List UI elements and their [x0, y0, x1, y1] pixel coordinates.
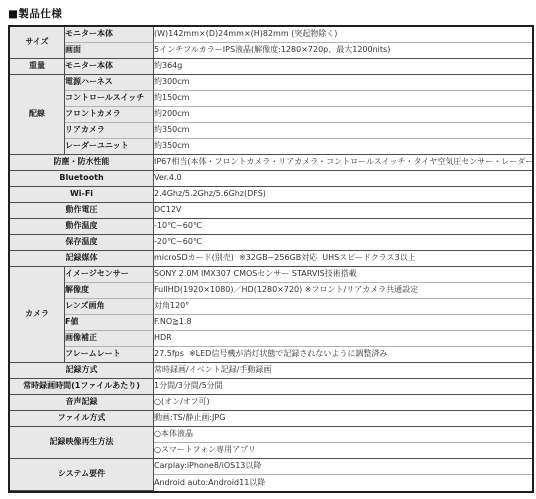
spec-group-label: Bluetooth [10, 171, 154, 187]
table-row: 解像度 FullHD(1920×1080)／HD(1280×720) ※フロント… [10, 283, 532, 299]
spec-sub-label: フロントカメラ [65, 107, 154, 123]
spec-sub-label: モニター本体 [65, 27, 154, 43]
spec-value: 5インチフルカラーIPS液晶(解像度:1280×720p、最大1200nits) [154, 43, 532, 59]
spec-table: サイズ モニター本体 (W)142mm×(D)24mm×(H)82mm (突起物… [8, 25, 534, 493]
spec-sub-label: 画像補正 [65, 331, 154, 347]
spec-sub-label: 画面 [65, 43, 154, 59]
spec-sub-label: リアカメラ [65, 123, 154, 139]
spec-group-label: 動作電圧 [10, 203, 154, 219]
spec-value: HDR [154, 331, 532, 347]
spec-value: DC12V [154, 203, 532, 219]
table-row: 記録映像再生方法 ○本体液晶 [10, 427, 532, 443]
spec-value: SONY 2.0M IMX307 CMOSセンサー STARVIS技術搭載 [154, 267, 532, 283]
spec-group-label: 重量 [10, 59, 65, 75]
spec-value: 2.4Ghz/5.2Ghz/5.6Ghz(DFS) [154, 187, 532, 203]
spec-sub-label: コントロールスイッチ [65, 91, 154, 107]
spec-value: -20℃~60℃ [154, 235, 532, 251]
table-row: カメラ イメージセンサー SONY 2.0M IMX307 CMOSセンサー S… [10, 267, 532, 283]
table-row: 画面 5インチフルカラーIPS液晶(解像度:1280×720p、最大1200ni… [10, 43, 532, 59]
spec-value: FullHD(1920×1080)／HD(1280×720) ※フロント/リアカ… [154, 283, 532, 299]
table-row: コントロールスイッチ 約150cm [10, 91, 532, 107]
spec-value: Android auto:Android11以降 [154, 475, 532, 491]
spec-value: 対角120° [154, 299, 532, 315]
spec-value: F.NO≧1.8 [154, 315, 532, 331]
spec-group-label: 音声記録 [10, 395, 154, 411]
spec-value: -10℃~60℃ [154, 219, 532, 235]
spec-sub-label: 解像度 [65, 283, 154, 299]
spec-group-label: カメラ [10, 267, 65, 363]
spec-value: microSDカード(別売) ※32GB~256GB対応 UHSスピードクラス3… [154, 251, 532, 267]
spec-value: ○本体液晶 [154, 427, 532, 443]
table-row: 動作電圧 DC12V [10, 203, 532, 219]
spec-group-label: システム要件 [10, 459, 154, 491]
spec-group-label: Wi-Fi [10, 187, 154, 203]
spec-value: IP67相当(本体・フロントカメラ・リアカメラ・コントロールスイッチ・タイヤ空気… [154, 155, 532, 171]
spec-sub-label: モニター本体 [65, 59, 154, 75]
table-row: Bluetooth Ver.4.0 [10, 171, 532, 187]
spec-value: 約300cm [154, 75, 532, 91]
spec-group-label: 防塵・防水性能 [10, 155, 154, 171]
spec-value: ○スマートフォン専用アプリ [154, 443, 532, 459]
spec-value: 約350cm [154, 123, 532, 139]
spec-value: 約364g [154, 59, 532, 75]
table-row: システム要件 Carplay:iPhone8/iOS13以降 [10, 459, 532, 475]
spec-sub-label: F値 [65, 315, 154, 331]
table-row: 保存温度 -20℃~60℃ [10, 235, 532, 251]
spec-page: ■製品仕様 サイズ モニター本体 (W)142mm×(D)24mm×(H)82m… [0, 0, 536, 493]
spec-group-label: 記録方式 [10, 363, 154, 379]
spec-group-label: 配線 [10, 75, 65, 155]
spec-value: 動画:TS/静止画:JPG [154, 411, 532, 427]
spec-group-label: 記録媒体 [10, 251, 154, 267]
spec-group-label: ファイル方式 [10, 411, 154, 427]
spec-value: Ver.4.0 [154, 171, 532, 187]
table-row: 音声記録 ○(オン/オフ可) [10, 395, 532, 411]
spec-sub-label: 電源ハーネス [65, 75, 154, 91]
section-title: ■製品仕様 [8, 6, 536, 21]
spec-value: ○(オン/オフ可) [154, 395, 532, 411]
table-row: リアカメラ 約350cm [10, 123, 532, 139]
spec-group-label: 常時録画時間(1ファイルあたり) [10, 379, 154, 395]
spec-sub-label: フレームレート [65, 347, 154, 363]
table-row: 記録方式 常時録画/イベント記録/手動録画 [10, 363, 532, 379]
spec-value: Carplay:iPhone8/iOS13以降 [154, 459, 532, 475]
table-row: レンズ画角 対角120° [10, 299, 532, 315]
table-row: フロントカメラ 約200cm [10, 107, 532, 123]
spec-value: 約200cm [154, 107, 532, 123]
spec-group-label: サイズ [10, 27, 65, 59]
spec-value: 約350cm [154, 139, 532, 155]
table-row: レーダーユニット 約350cm [10, 139, 532, 155]
table-row: 記録媒体 microSDカード(別売) ※32GB~256GB対応 UHSスピー… [10, 251, 532, 267]
table-row: フレームレート 27.5fps ※LED信号機が消灯状態で記録されないように調整… [10, 347, 532, 363]
spec-value: 約150cm [154, 91, 532, 107]
table-row: ファイル方式 動画:TS/静止画:JPG [10, 411, 532, 427]
table-row: 重量 モニター本体 約364g [10, 59, 532, 75]
table-row: Wi-Fi 2.4Ghz/5.2Ghz/5.6Ghz(DFS) [10, 187, 532, 203]
spec-sub-label: レーダーユニット [65, 139, 154, 155]
spec-group-label: 動作温度 [10, 219, 154, 235]
table-row: 画像補正 HDR [10, 331, 532, 347]
table-row: 配線 電源ハーネス 約300cm [10, 75, 532, 91]
spec-value: 27.5fps ※LED信号機が消灯状態で記録されないように調整済み [154, 347, 532, 363]
spec-value: (W)142mm×(D)24mm×(H)82mm (突起物除く) [154, 27, 532, 43]
spec-group-label: 記録映像再生方法 [10, 427, 154, 459]
table-row: F値 F.NO≧1.8 [10, 315, 532, 331]
table-row: 常時録画時間(1ファイルあたり) 1分間/3分間/5分間 [10, 379, 532, 395]
spec-value: 1分間/3分間/5分間 [154, 379, 532, 395]
table-row: サイズ モニター本体 (W)142mm×(D)24mm×(H)82mm (突起物… [10, 27, 532, 43]
table-row: 動作温度 -10℃~60℃ [10, 219, 532, 235]
table-row: 防塵・防水性能 IP67相当(本体・フロントカメラ・リアカメラ・コントロールスイ… [10, 155, 532, 171]
spec-sub-label: レンズ画角 [65, 299, 154, 315]
spec-sub-label: イメージセンサー [65, 267, 154, 283]
spec-value: 常時録画/イベント記録/手動録画 [154, 363, 532, 379]
spec-group-label: 保存温度 [10, 235, 154, 251]
